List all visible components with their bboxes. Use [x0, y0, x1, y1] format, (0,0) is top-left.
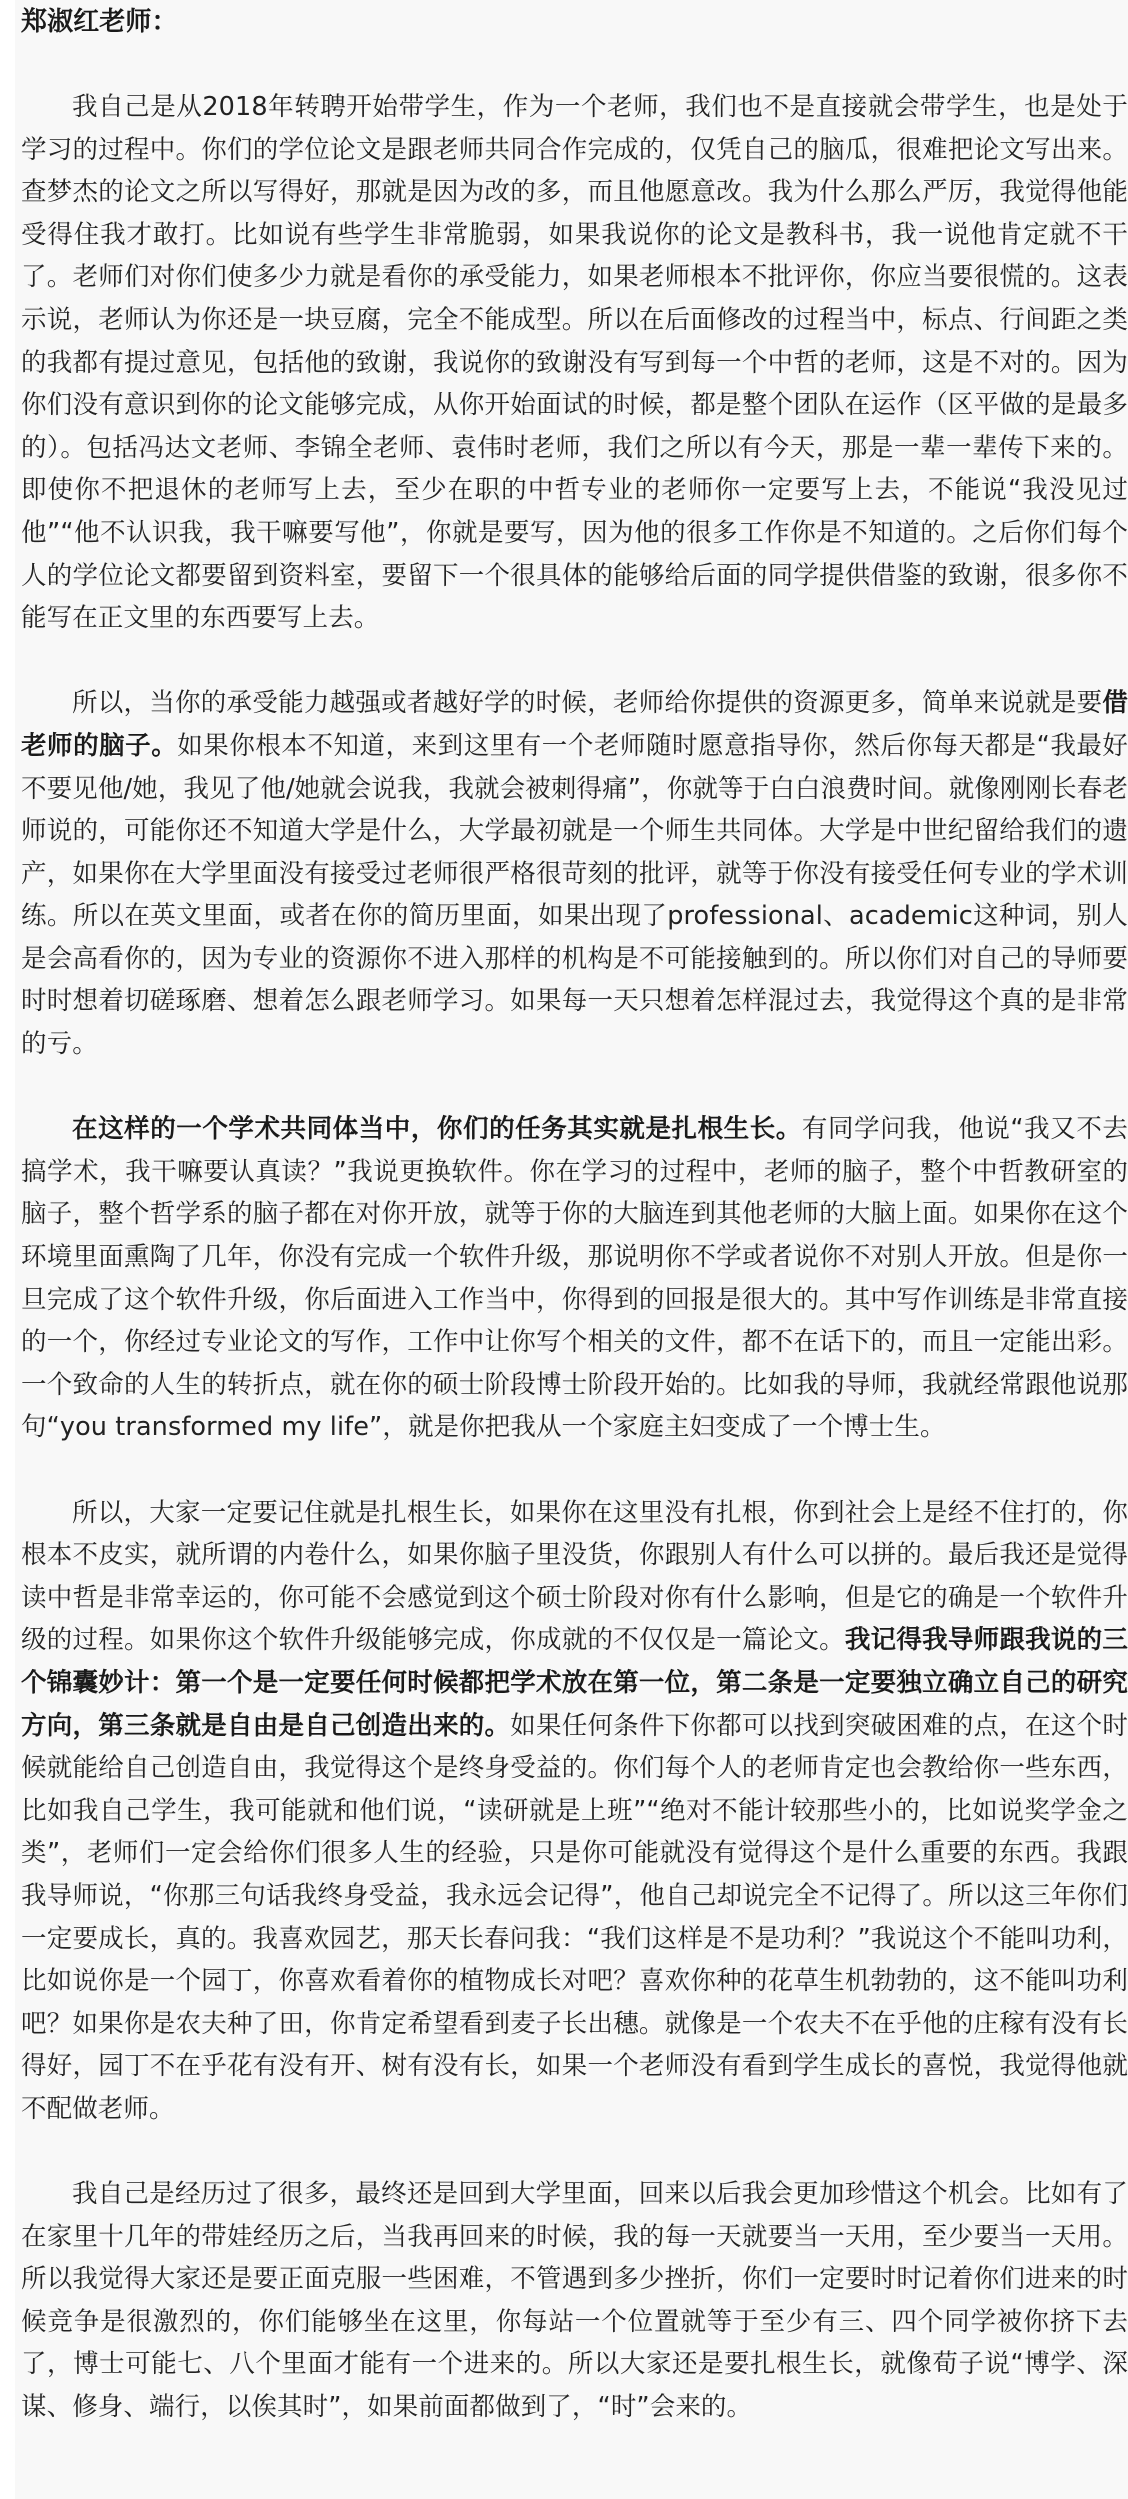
paragraph-4-text-b: 如果任何条件下你都可以找到突破困难的点，在这个时候就能给自己创造自由，我觉得这个…	[21, 1711, 1128, 2124]
paragraph-gap	[21, 1066, 1128, 1109]
paragraph-5-text: 我自己是经历过了很多，最终还是回到大学里面，回来以后我会更加珍惜这个机会。比如有…	[21, 2179, 1128, 2422]
page-background: 郑淑红老师： 我自己是从2018年转聘开始带学生，作为一个老师，我们也不是直接就…	[15, 0, 1128, 2499]
paragraph-2-text-b: 如果你根本不知道，来到这里有一个老师随时愿意指导你，然后你每天都是“我最好不要见…	[21, 731, 1128, 1059]
paragraph-gap	[21, 1449, 1128, 1492]
paragraph-gap	[21, 640, 1128, 683]
paragraph-2: 所以，当你的承受能力越强或者越好学的时候，老师给你提供的资源更多，简单来说就是要…	[21, 682, 1128, 1065]
paragraph-5: 我自己是经历过了很多，最终还是回到大学里面，回来以后我会更加珍惜这个机会。比如有…	[21, 2173, 1128, 2429]
paragraph-gap	[21, 2131, 1128, 2174]
paragraph-3-text: 有同学问我，他说“我又不去搞学术，我干嘛要认真读？”我说更换软件。你在学习的过程…	[21, 1114, 1128, 1442]
transcript-content: 郑淑红老师： 我自己是从2018年转聘开始带学生，作为一个老师，我们也不是直接就…	[21, 0, 1128, 2429]
paragraph-3-emphasis: 在这样的一个学术共同体当中，你们的任务其实就是扎根生长。	[72, 1114, 802, 1144]
paragraph-1-text: 我自己是从2018年转聘开始带学生，作为一个老师，我们也不是直接就会带学生，也是…	[21, 92, 1128, 633]
paragraph-3: 在这样的一个学术共同体当中，你们的任务其实就是扎根生长。有同学问我，他说“我又不…	[21, 1108, 1128, 1449]
speaker-title: 郑淑红老师：	[21, 0, 1128, 44]
paragraph-4: 所以，大家一定要记住就是扎根生长，如果你在这里没有扎根，你到社会上是经不住打的，…	[21, 1492, 1128, 2131]
paragraph-gap	[21, 44, 1128, 86]
paragraph-1: 我自己是从2018年转聘开始带学生，作为一个老师，我们也不是直接就会带学生，也是…	[21, 86, 1128, 640]
paragraph-2-text-a: 所以，当你的承受能力越强或者越好学的时候，老师给你提供的资源更多，简单来说就是要	[72, 688, 1102, 718]
